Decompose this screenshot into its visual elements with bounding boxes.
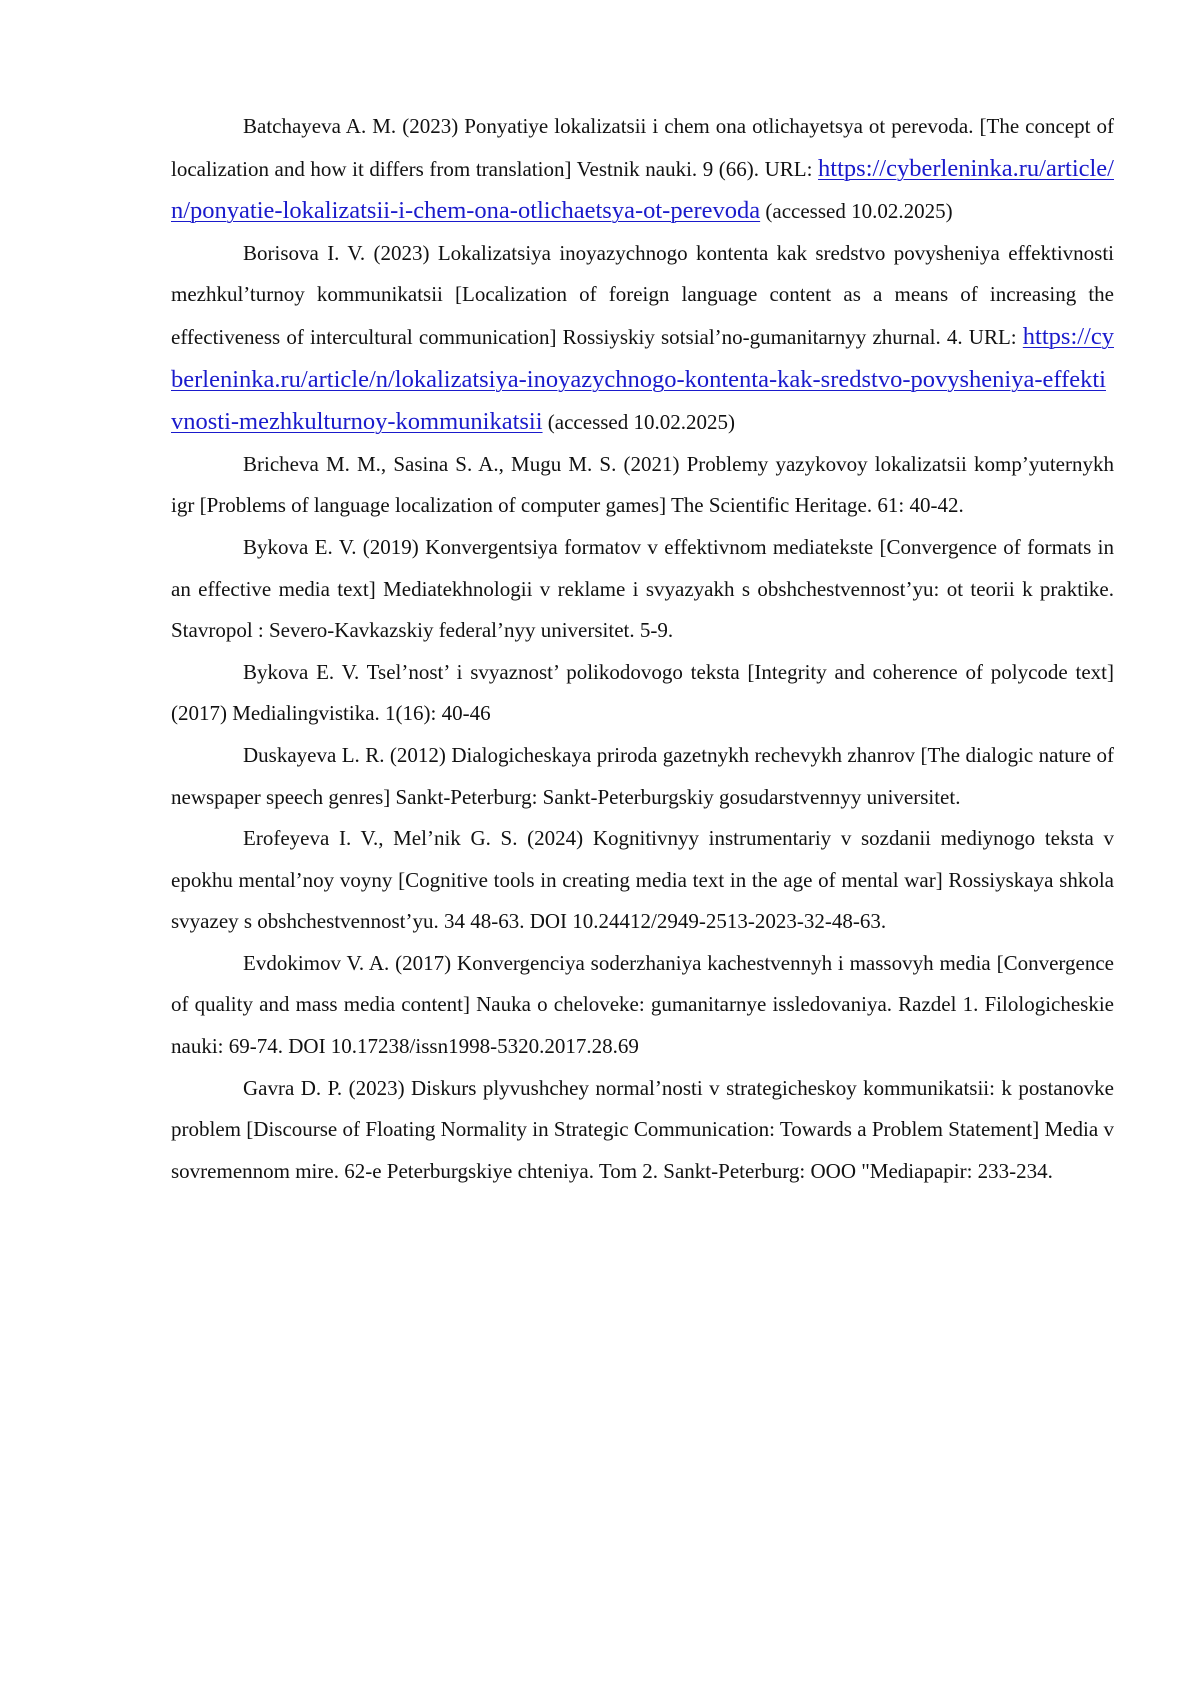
reference-text: Duskayeva L. R. (2012) Dialogicheskaya p…	[171, 743, 1114, 809]
reference-entry-bykova-2017: Bykova E. V. Tsel’nost’ i svyaznost’ pol…	[171, 652, 1114, 735]
reference-entry-duskayeva: Duskayeva L. R. (2012) Dialogicheskaya p…	[171, 735, 1114, 818]
reference-entry-borisova: Borisova I. V. (2023) Lokalizatsiya inoy…	[171, 233, 1114, 444]
reference-entry-batchayeva: Batchayeva A. M. (2023) Ponyatiye lokali…	[171, 106, 1114, 233]
reference-text: Gavra D. P. (2023) Diskurs plyvushchey n…	[171, 1076, 1114, 1183]
reference-text: Bricheva M. M., Sasina S. A., Mugu M. S.…	[171, 452, 1114, 518]
reference-text: Borisova I. V. (2023) Lokalizatsiya inoy…	[171, 241, 1114, 349]
reference-text: Bykova E. V. Tsel’nost’ i svyaznost’ pol…	[171, 660, 1114, 726]
reference-list: Batchayeva A. M. (2023) Ponyatiye lokali…	[171, 106, 1114, 1192]
accessed-date: (accessed 10.02.2025)	[760, 199, 952, 223]
reference-entry-bricheva: Bricheva M. M., Sasina S. A., Mugu M. S.…	[171, 444, 1114, 527]
reference-text: Evdokimov V. A. (2017) Konvergenciya sod…	[171, 951, 1114, 1058]
accessed-date: (accessed 10.02.2025)	[543, 410, 735, 434]
reference-entry-erofeyeva: Erofeyeva I. V., Mel’nik G. S. (2024) Ko…	[171, 818, 1114, 943]
reference-entry-evdokimov: Evdokimov V. A. (2017) Konvergenciya sod…	[171, 943, 1114, 1068]
reference-text: Erofeyeva I. V., Mel’nik G. S. (2024) Ko…	[171, 826, 1114, 933]
reference-entry-bykova-2019: Bykova E. V. (2019) Konvergentsiya forma…	[171, 527, 1114, 652]
reference-entry-gavra: Gavra D. P. (2023) Diskurs plyvushchey n…	[171, 1068, 1114, 1193]
reference-text: Bykova E. V. (2019) Konvergentsiya forma…	[171, 535, 1114, 642]
